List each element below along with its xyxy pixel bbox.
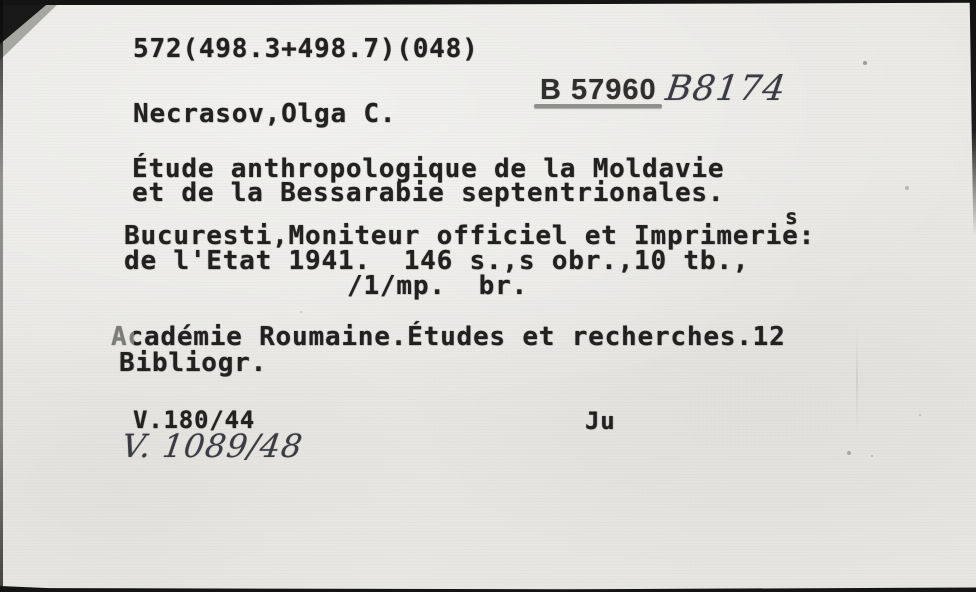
scan-edge-left xyxy=(0,0,3,592)
imprint-superscript-s: s xyxy=(785,207,798,228)
cataloguer-initials: Ju xyxy=(585,409,616,433)
title-line-2: et de la Bessarabie septentrionales. xyxy=(132,180,724,206)
shelf-number-handwritten: V. 1089/48 xyxy=(120,430,305,462)
imprint-line-3: /1/mp. br. xyxy=(347,273,528,299)
scan-edge-top xyxy=(0,0,976,5)
scan-edge-right xyxy=(967,0,976,235)
call-number-handwritten: B8174 xyxy=(664,72,789,107)
author-name: Necrasov,Olga C. xyxy=(133,101,396,127)
accession-stamp-underline xyxy=(534,104,662,108)
accession-number-stamp: B 57960 xyxy=(540,76,657,105)
catalog-card-scan: 572(498.3+498.7)(048) B 57960 B8174 Necr… xyxy=(0,0,976,592)
classification-number: 572(498.3+498.7)(048) xyxy=(133,36,479,62)
series-line-2: Bibliogr. xyxy=(119,350,267,376)
scan-edge-bottom xyxy=(0,586,976,592)
paper-crease xyxy=(856,325,858,435)
series-line-1: Académie Roumaine.Études et recherches.1… xyxy=(111,324,786,350)
